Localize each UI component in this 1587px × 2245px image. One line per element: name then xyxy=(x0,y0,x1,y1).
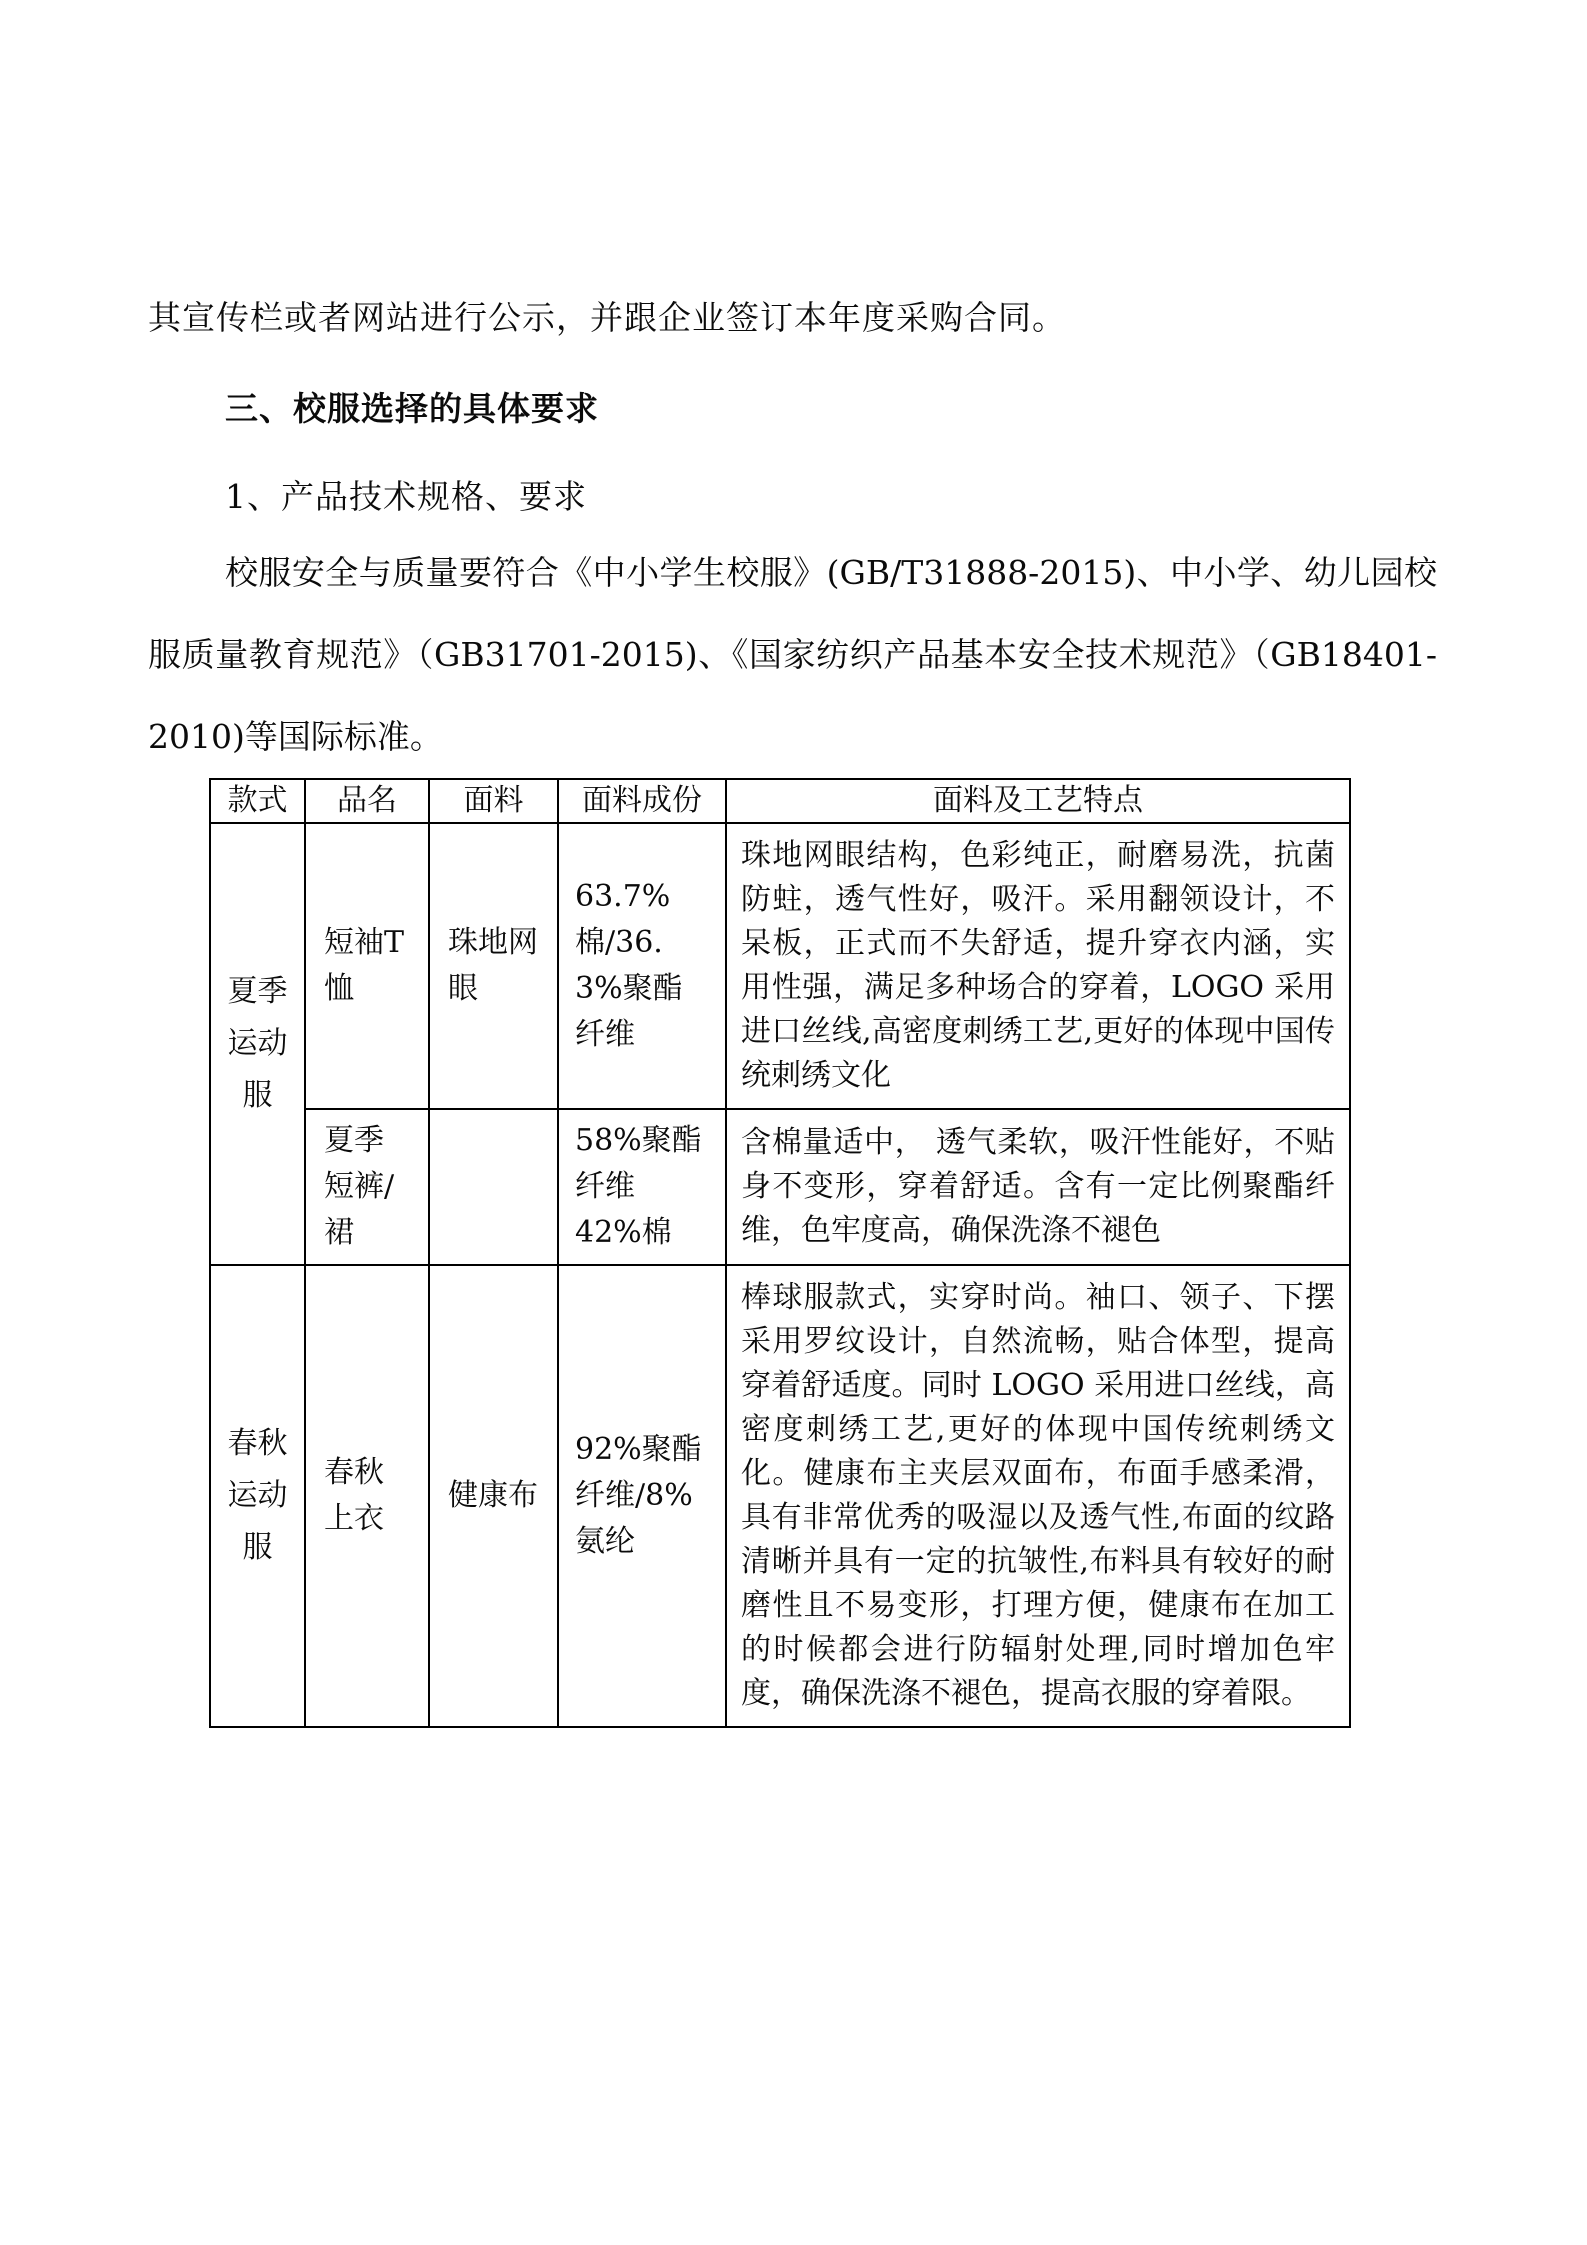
column-header-features: 面料及工艺特点 xyxy=(726,779,1350,823)
cell-fabric-health-cloth: 健康布 xyxy=(429,1265,558,1727)
table-header-row: 款式 品名 面料 面料成份 面料及工艺特点 xyxy=(210,779,1350,823)
cell-features-shorts: 含棉量适中， 透气柔软，吸汗性能好，不贴身不变形，穿着舒适。含有一定比例聚酯纤维… xyxy=(726,1109,1350,1265)
cell-fabric-pique-mesh: 珠地网眼 xyxy=(429,823,558,1109)
table-row-summer-shorts: 夏季短裤/裙 58%聚酯纤维 42%棉 含棉量适中， 透气柔软，吸汗性能好，不贴… xyxy=(210,1109,1350,1265)
cell-features-top: 棒球服款式，实穿时尚。袖口、领子、下摆采用罗纹设计，自然流畅，贴合体型，提高穿着… xyxy=(726,1265,1350,1727)
cell-name-spring-autumn-top: 春秋上衣 xyxy=(305,1265,429,1727)
table-row-spring-autumn-top: 春秋运动服 春秋上衣 健康布 92%聚酯纤维/8%氨纶 棒球服款式，实穿时尚。袖… xyxy=(210,1265,1350,1727)
cell-composition-top: 92%聚酯纤维/8%氨纶 xyxy=(558,1265,726,1727)
cell-name-short-sleeve-tshirt: 短袖T恤 xyxy=(305,823,429,1109)
column-header-composition: 面料成份 xyxy=(558,779,726,823)
paragraph-intro: 其宣传栏或者网站进行公示，并跟企业签订本年度采购合同。 xyxy=(148,297,1437,339)
cell-style-summer-sportswear: 夏季运动服 xyxy=(210,823,305,1265)
cell-composition-shorts: 58%聚酯纤维 42%棉 xyxy=(558,1109,726,1265)
paragraph-standards: 校服安全与质量要符合《中小学生校服》(GB/T31888-2015)、中小学、幼… xyxy=(148,532,1437,778)
column-header-style: 款式 xyxy=(210,779,305,823)
subsection-heading: 1、产品技术规格、要求 xyxy=(148,476,1437,518)
cell-style-spring-autumn-sportswear: 春秋运动服 xyxy=(210,1265,305,1727)
cell-fabric-empty xyxy=(429,1109,558,1265)
document-page: 其宣传栏或者网站进行公示，并跟企业签订本年度采购合同。 三、校服选择的具体要求 … xyxy=(0,0,1587,2245)
column-header-product-name: 品名 xyxy=(305,779,429,823)
column-header-fabric: 面料 xyxy=(429,779,558,823)
cell-features-tshirt: 珠地网眼结构，色彩纯正，耐磨易洗，抗菌防蛀，透气性好，吸汗。采用翻领设计，不呆板… xyxy=(726,823,1350,1109)
uniform-spec-table: 款式 品名 面料 面料成份 面料及工艺特点 夏季运动服 短袖T恤 珠地网眼 63… xyxy=(209,778,1351,1728)
section-heading: 三、校服选择的具体要求 xyxy=(148,388,1437,430)
table-row-summer-tshirt: 夏季运动服 短袖T恤 珠地网眼 63.7%棉/36.3%聚酯纤维 珠地网眼结构，… xyxy=(210,823,1350,1109)
cell-composition-tshirt: 63.7%棉/36.3%聚酯纤维 xyxy=(558,823,726,1109)
cell-name-summer-shorts-skirt: 夏季短裤/裙 xyxy=(305,1109,429,1265)
